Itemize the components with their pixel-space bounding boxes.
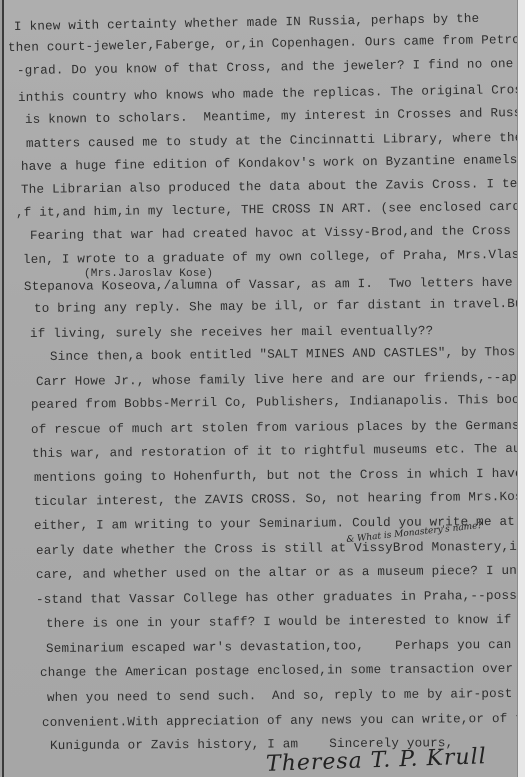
text-line-17: peared from Bobbs-Merril Co, Publishers,… (31, 392, 525, 412)
text-line-24: care, and whether used on the altar or a… (36, 564, 525, 582)
text-line-3: -grad. Do you know of that Cross, and th… (17, 57, 514, 78)
text-line-13: to bring any reply. She may be ill, or f… (34, 297, 525, 316)
text-line-25: -stand that Vassar College has other gra… (36, 589, 525, 607)
text-line-5: is known to scholars. Meantime, my inter… (25, 106, 525, 127)
text-line-28: change the American postage enclosed,in … (40, 661, 525, 680)
text-line-4: inthis country who knows who made the re… (18, 83, 525, 105)
text-line-26: there is one in your staff? I would be i… (46, 613, 525, 631)
text-line-27: Seminarium escaped war's devastation,too… (46, 638, 525, 656)
text-line-29: when you need to send such. And so, repl… (47, 687, 525, 705)
text-line-23: early date whether the Cross is still at… (36, 539, 525, 558)
text-line-6: matters caused me to study at the Cincin… (26, 131, 525, 151)
text-line-7: have a huge fine edition of Kondakov's w… (21, 153, 525, 174)
text-line-1: I knew with certainty whether made IN Ru… (14, 12, 480, 34)
page-edge (517, 0, 525, 777)
text-line-16: Carr Howe Jr., whose family live here an… (36, 371, 525, 389)
text-line-11: len, I wrote to a graduate of my own col… (23, 248, 525, 267)
text-line-19: this war, and restoration of it to right… (32, 442, 525, 461)
text-line-14: if living, surely she receives her mail … (30, 324, 433, 341)
text-line-30: convenient.With appreciation of any news… (42, 712, 525, 730)
text-line-8: The Librarian also produced the data abo… (21, 177, 525, 197)
text-line-20: mentions going to Hohenfurth, but not th… (34, 466, 525, 485)
text-line-21: ticular interest, the ZAVIS CROSS. So, n… (34, 490, 525, 509)
text-line-10: Fearing that war had created havoc at Vi… (30, 224, 525, 243)
text-line-9: ,f it,and him,in my lecture, THE CROSS I… (16, 200, 525, 220)
text-line-18: of rescue of much art stolen from variou… (31, 419, 525, 437)
letter-page: I knew with certainty whether made IN Ru… (2, 0, 518, 777)
text-line-15: Since then,a book entitled "SALT MINES A… (50, 345, 523, 364)
text-line-2: then court-jeweler,Faberge, or,in Copenh… (8, 33, 525, 55)
